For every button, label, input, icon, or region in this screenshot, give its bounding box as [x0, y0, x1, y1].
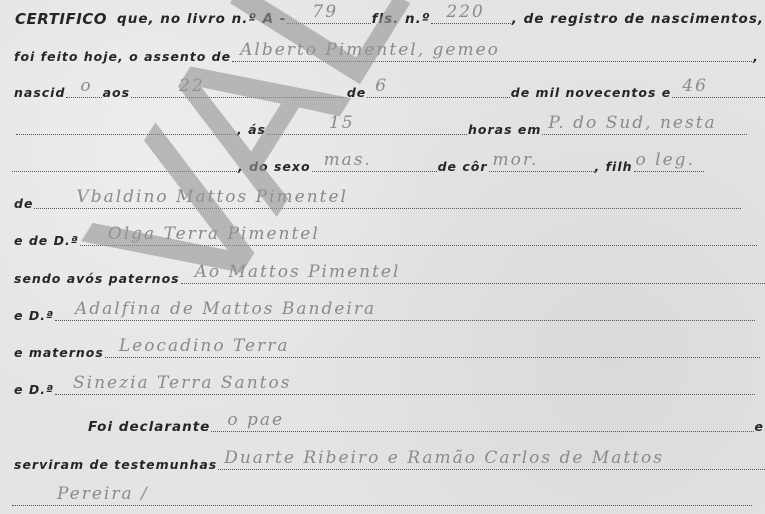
value-livro: 79 — [312, 2, 338, 22]
value-sexo: mas. — [324, 150, 372, 170]
label-cor: de côr — [437, 160, 489, 174]
label-nascid: nascid — [13, 86, 66, 100]
field-sexo[interactable]: mas. — [312, 151, 437, 172]
field-folha[interactable]: 220 — [431, 3, 510, 24]
label-sexo: , do sexo — [237, 160, 312, 174]
label-de-pai: de — [13, 197, 34, 211]
field-linha-extra-2[interactable] — [12, 151, 237, 172]
field-avo-paterno[interactable]: Ao Mattos Pimentel — [181, 263, 765, 284]
label-registro-nascimentos: , de registro de nascimentos, — [511, 12, 765, 26]
value-folha: 220 — [446, 2, 484, 22]
label-livro: que, no livro n.º A - — [116, 12, 287, 26]
value-mae: Olga Terra Pimentel — [108, 224, 320, 244]
label-mil-novecentos: de mil novecentos e — [510, 86, 672, 100]
label-testemunhas: serviram de testemunhas — [13, 458, 218, 472]
field-filiacao[interactable]: o leg. — [634, 151, 704, 172]
label-mae: e de D.ª — [13, 234, 80, 248]
value-hora: 15 — [329, 113, 355, 133]
line-sexo-cor: , do sexo mas. de côr mor. , filh o leg. — [0, 154, 765, 174]
line-assento: foi feito hoje, o assento de Alberto Pim… — [0, 44, 765, 64]
value-ano: 46 — [682, 76, 708, 96]
field-declarante[interactable]: o pae — [211, 411, 753, 432]
label-horas-em: horas em — [467, 123, 542, 137]
field-avo-materna[interactable]: Sinezia Terra Santos — [55, 374, 755, 395]
value-assento: Alberto Pimentel, gemeo — [240, 40, 500, 60]
label-assento: foi feito hoje, o assento de — [13, 50, 232, 64]
line-mae: e de D.ª Olga Terra Pimentel — [0, 228, 765, 248]
value-local: P. do Sud, nesta — [548, 113, 716, 133]
line-avo-materno: e maternos Leocadino Terra — [0, 340, 765, 360]
field-assento[interactable]: Alberto Pimentel, gemeo — [232, 41, 752, 62]
field-dia[interactable]: 22 — [131, 77, 346, 98]
line-testemunhas: serviram de testemunhas Duarte Ribeiro e… — [0, 452, 765, 472]
field-avo-materno[interactable]: Leocadino Terra — [105, 337, 760, 358]
field-hora[interactable]: 15 — [267, 114, 467, 135]
label-certifico: CERTIFICO — [14, 12, 108, 26]
label-e: e — [754, 420, 765, 434]
line-declarante: Foi declarante o pae e — [0, 414, 765, 434]
line-testemunhas-cont: Pereira / — [0, 488, 765, 508]
label-avo-materna: e D.ª — [13, 383, 55, 397]
field-local[interactable]: P. do Sud, nesta — [542, 114, 747, 135]
value-avo-paterna: Adalfina de Mattos Bandeira — [75, 299, 376, 319]
label-filh: , filh — [594, 160, 634, 174]
value-declarante: o pae — [227, 410, 284, 430]
label-as: , ás — [236, 123, 267, 137]
label-comma: , — [752, 50, 760, 64]
label-aos: aos — [102, 86, 131, 100]
value-cor: mor. — [493, 150, 539, 170]
value-testemunhas-cont: Pereira / — [57, 484, 149, 504]
field-pai[interactable]: Vbaldino Mattos Pimentel — [34, 188, 741, 209]
field-cor[interactable]: mor. — [489, 151, 594, 172]
line-pai: de Vbaldino Mattos Pimentel — [0, 191, 765, 211]
field-genero-sufixo[interactable]: o — [66, 77, 101, 98]
value-avo-materna: Sinezia Terra Santos — [73, 373, 291, 393]
line-avo-materna: e D.ª Sinezia Terra Santos — [0, 377, 765, 397]
certificate-paper: CERTIFICO que, no livro n.º A - 79 fls. … — [0, 0, 765, 514]
line-hora-local: , ás 15 horas em P. do Sud, nesta — [0, 117, 765, 137]
field-livro[interactable]: 79 — [287, 3, 370, 24]
label-maternos: e maternos — [13, 346, 105, 360]
field-avo-paterna[interactable]: Adalfina de Mattos Bandeira — [55, 300, 755, 321]
value-genero-sufixo: o — [80, 76, 92, 96]
field-linha-extra-1[interactable] — [16, 114, 236, 135]
line-nascimento-data: nascid o aos 22 de 6 de mil novecentos e… — [0, 80, 765, 100]
line-livro-folha: CERTIFICO que, no livro n.º A - 79 fls. … — [0, 6, 765, 26]
value-filiacao: o leg. — [636, 150, 695, 170]
label-de-mes: de — [346, 86, 367, 100]
label-declarante: Foi declarante — [87, 420, 211, 434]
label-folha: fls. n.º — [371, 12, 432, 26]
label-avo-paterna: e D.ª — [13, 309, 55, 323]
field-mae[interactable]: Olga Terra Pimentel — [80, 225, 757, 246]
line-avo-paterna: e D.ª Adalfina de Mattos Bandeira — [0, 303, 765, 323]
field-testemunhas[interactable]: Duarte Ribeiro e Ramão Carlos de Mattos — [218, 449, 765, 470]
value-mes: 6 — [375, 76, 388, 96]
value-dia: 22 — [179, 76, 205, 96]
line-avo-paterno: sendo avós paternos Ao Mattos Pimentel — [0, 266, 765, 286]
value-pai: Vbaldino Mattos Pimentel — [76, 187, 348, 207]
value-testemunhas: Duarte Ribeiro e Ramão Carlos de Mattos — [224, 448, 664, 468]
value-avo-materno: Leocadino Terra — [119, 336, 290, 356]
value-avo-paterno: Ao Mattos Pimentel — [195, 262, 401, 282]
field-mes[interactable]: 6 — [367, 77, 510, 98]
label-avos-paternos: sendo avós paternos — [13, 272, 181, 286]
field-testemunhas-cont[interactable]: Pereira / — [12, 485, 752, 506]
field-ano[interactable]: 46 — [672, 77, 765, 98]
